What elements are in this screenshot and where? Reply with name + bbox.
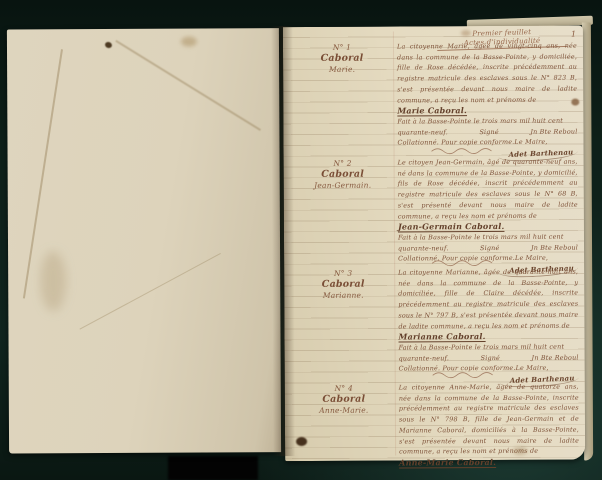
maire-label: Le Maire, [514, 137, 547, 148]
entry-margin: N° 4 Caboral Anne-Marie. [293, 383, 395, 469]
collation-note: Collationné. Pour copie conforme. [397, 137, 514, 148]
signed-label: Signé [481, 353, 500, 364]
act-body-text: La citoyenne Marianne, âgée de quarante-… [398, 267, 578, 332]
closing-line2: quarante-neuf. [399, 353, 450, 364]
act-number: N° 4 [293, 384, 395, 395]
closing-signature-row: quarante-neuf. Signé Jn Bte Reboul [399, 352, 579, 364]
act-surname: Caboral [292, 169, 394, 182]
entry-margin: N° 1 Caboral Marie. [291, 42, 394, 163]
left-page-blank [7, 28, 281, 453]
closing-signature-row: quarante-neuf. Signé Jn Bte Reboul [398, 242, 578, 254]
act-given-name: Marianne. [292, 291, 394, 302]
signed-name: Jn Bte Reboul [532, 352, 579, 363]
signed-label: Signé [480, 243, 499, 254]
act-entry-4: N° 4 Caboral Anne-Marie. La citoyenne An… [293, 382, 579, 469]
act-given-name: Jean-Germain. [292, 181, 394, 192]
entry-body: La citoyenne Marianne, âgée de quarante-… [394, 267, 579, 388]
entry-margin: N° 2 Caboral Jean-Germain. [292, 158, 395, 279]
maire-label: Le Maire, [515, 253, 548, 264]
entry-body: La citoyenne Anne-Marie, âgée de quatorz… [395, 382, 579, 469]
entry-body: Le citoyen Jean-Germain, âgé de quarante… [394, 157, 579, 278]
closing-line2: quarante-neuf. [398, 243, 449, 254]
act-body-text: Le citoyen Jean-Germain, âgé de quarante… [398, 157, 578, 222]
entry-margin: N° 3 Caboral Marianne. [292, 268, 395, 389]
act-body-text: La citoyenne Anne-Marie, âgée de quatorz… [399, 382, 579, 458]
act-entry-2: N° 2 Caboral Jean-Germain. Le citoyen Je… [292, 157, 579, 279]
closing-signature-row: quarante-neuf. Signé Jn Bte Reboul [397, 126, 577, 138]
act-surname: Caboral [293, 394, 395, 407]
signed-name: Jn Bte Reboul [531, 242, 578, 253]
act-given-name: Marie. [291, 65, 393, 76]
act-number: N° 3 [292, 269, 394, 280]
act-name-line: Anne-Marie Caboral. [399, 456, 579, 468]
collation-note: Collationné. Pour copie conforme. [398, 253, 515, 264]
entry-body: La citoyenne Marie, âgée de vingt-cinq a… [393, 41, 578, 162]
act-entry-1: N° 1 Caboral Marie. La citoyenne Marie, … [291, 41, 578, 163]
signed-label: Signé [479, 127, 498, 138]
act-entry-3: N° 3 Caboral Marianne. La citoyenne Mari… [292, 267, 579, 389]
maire-label: Le Maire, [516, 363, 549, 374]
act-number: N° 1 [291, 43, 393, 54]
act-number: N° 2 [292, 159, 394, 170]
signed-name: Jn Bte Reboul [530, 126, 577, 137]
closing-line2: quarante-neuf. [397, 127, 448, 138]
act-given-name: Anne-Marie. [293, 406, 395, 417]
page-number: 1 [571, 30, 576, 39]
act-body-text: La citoyenne Marie, âgée de vingt-cinq a… [397, 41, 577, 106]
act-surname: Caboral [292, 279, 394, 292]
collation-note: Collationné. Pour copie conforme. [399, 363, 516, 374]
register-spread: Premier feuillet Actes d'individualité 1… [0, 0, 602, 480]
act-surname: Caboral [291, 53, 393, 66]
